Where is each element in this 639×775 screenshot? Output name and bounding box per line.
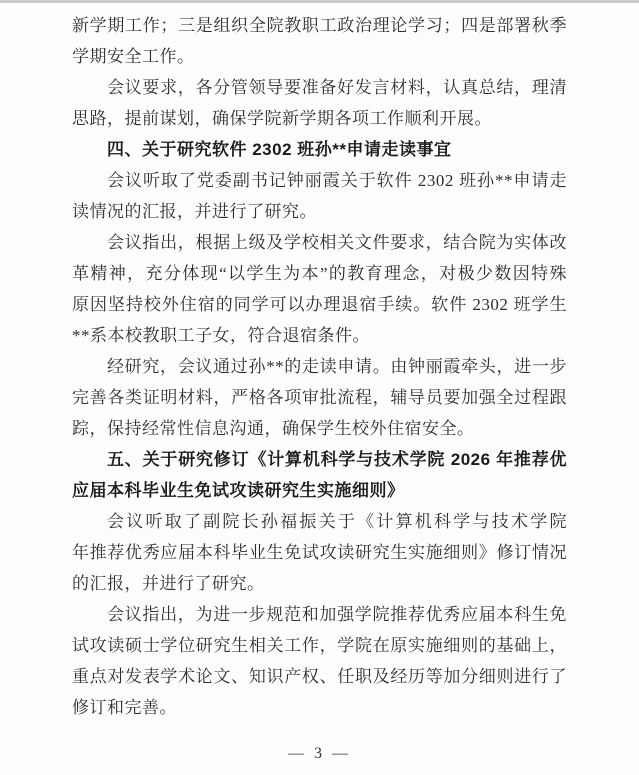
section-heading: 四、关于研究软件 2302 班孙**申请走读事宜 xyxy=(72,134,567,165)
paragraph: 经研究，会议通过孙**的走读申请。由钟丽霞牵头，进一步完善各类证明材料，严格各项… xyxy=(72,351,567,444)
section-heading: 五、关于研究修订《计算机科学与技术学院 2026 年推荐优秀应届本科毕业生免试攻… xyxy=(72,444,567,506)
text-line: 会议听取了党委副书记钟丽霞关于软件 2302 班孙**申请走 xyxy=(72,165,567,196)
text-line: 原因坚持校外住宿的同学可以办理退宿手续。软件 2302 班学生孙 xyxy=(72,289,567,320)
text-line: 试攻读硕士学位研究生相关工作，学院在原实施细则的基础上， xyxy=(72,630,567,661)
text-line: 会议要求，各分管领导要准备好发言材料，认真总结，理清 xyxy=(72,72,567,103)
scan-top-edge xyxy=(0,0,639,3)
text-line: 思路，提前谋划，确保学院新学期各项工作顺利开展。 xyxy=(72,103,567,134)
text-line: 会议指出，根据上级及学校相关文件要求，结合院为实体改 xyxy=(72,227,567,258)
text-line: 五、关于研究修订《计算机科学与技术学院 2026 年推荐优秀 xyxy=(72,444,567,475)
text-line: 年推荐优秀应届本科毕业生免试攻读研究生实施细则》修订情况 xyxy=(72,537,567,568)
text-line: 应届本科毕业生免试攻读研究生实施细则》 xyxy=(72,475,567,506)
text-line: 新学期工作；三是组织全院教职工政治理论学习；四是部署秋季 xyxy=(72,10,567,41)
text-line: 完善各类证明材料，严格各项审批流程，辅导员要加强全过程跟 xyxy=(72,382,567,413)
text-line: 革精神，充分体现“以学生为本”的教育理念，对极少数因特殊 xyxy=(72,258,567,289)
text-line: 会议听取了副院长孙福振关于《计算机科学与技术学院 2026 xyxy=(72,506,567,537)
text-line: 读情况的汇报，并进行了研究。 xyxy=(72,196,567,227)
paragraph: 会议指出，为进一步规范和加强学院推荐优秀应届本科生免试攻读硕士学位研究生相关工作… xyxy=(72,599,567,723)
text-line: 重点对发表学术论文、知识产权、任职及经历等加分细则进行了 xyxy=(72,661,567,692)
paragraph: 会议听取了党委副书记钟丽霞关于软件 2302 班孙**申请走读情况的汇报，并进行… xyxy=(72,165,567,227)
text-line: 学期安全工作。 xyxy=(72,41,567,72)
paragraph: 会议要求，各分管领导要准备好发言材料，认真总结，理清思路，提前谋划，确保学院新学… xyxy=(72,72,567,134)
paragraph: 新学期工作；三是组织全院教职工政治理论学习；四是部署秋季学期安全工作。 xyxy=(72,10,567,72)
text-line: **系本校教职工子女，符合退宿条件。 xyxy=(72,320,567,351)
text-line: 修订和完善。 xyxy=(72,692,567,723)
text-line: 的汇报，并进行了研究。 xyxy=(72,568,567,599)
document-content: 新学期工作；三是组织全院教职工政治理论学习；四是部署秋季学期安全工作。会议要求，… xyxy=(72,10,567,723)
paragraph: 会议指出，根据上级及学校相关文件要求，结合院为实体改革精神，充分体现“以学生为本… xyxy=(72,227,567,351)
text-line: 会议指出，为进一步规范和加强学院推荐优秀应届本科生免 xyxy=(72,599,567,630)
text-line: 踪，保持经常性信息沟通，确保学生校外住宿安全。 xyxy=(72,413,567,444)
text-line: 经研究，会议通过孙**的走读申请。由钟丽霞牵头，进一步 xyxy=(72,351,567,382)
page-number: — 3 — xyxy=(0,738,639,769)
paragraph: 会议听取了副院长孙福振关于《计算机科学与技术学院 2026年推荐优秀应届本科毕业… xyxy=(72,506,567,599)
text-line: 四、关于研究软件 2302 班孙**申请走读事宜 xyxy=(72,134,567,165)
